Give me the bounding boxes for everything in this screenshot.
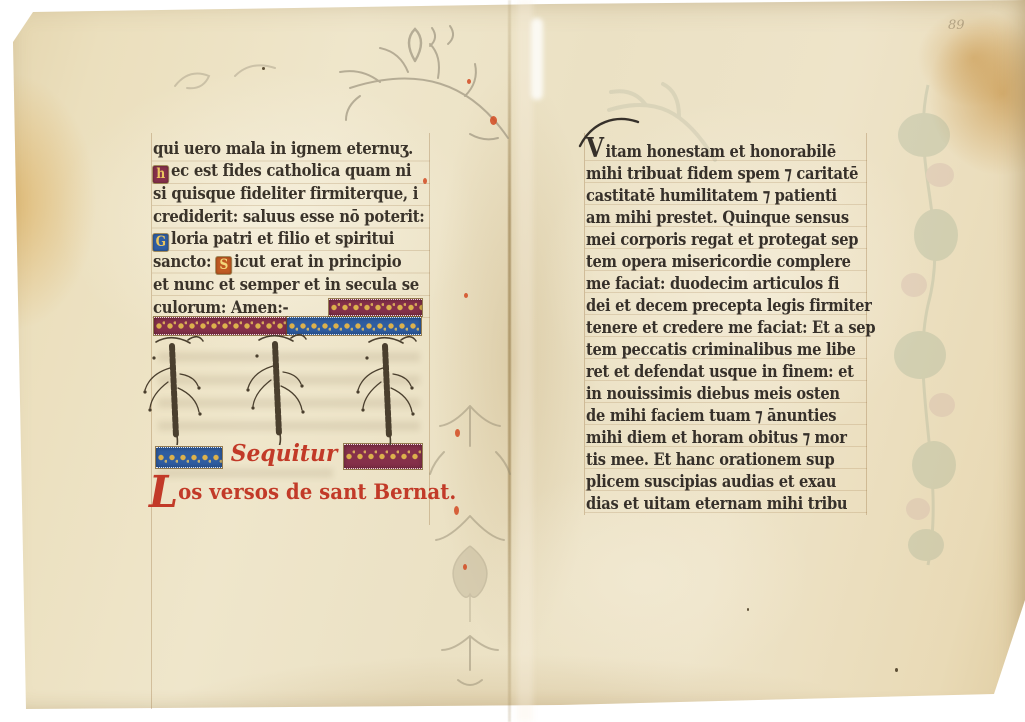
text-line: mei corporis regat et protegat sep: [586, 229, 829, 251]
text-line: tenere et credere me faciat: Et a sep: [586, 317, 829, 339]
right-page-text-block: Vitam honestam et honorabilē mihi tribua…: [586, 138, 868, 515]
text-line: et nunc et semper et in secula se: [153, 274, 401, 296]
illuminated-initial-h: h: [153, 166, 168, 183]
manuscript-photo: qui uero mala in ignem eternuʒ. hec est …: [0, 0, 1025, 722]
ornament-panel-maroon: [344, 444, 422, 469]
rubric-sequitur: Sequitur: [228, 440, 340, 467]
text-line: sancto: Sicut erat in principio: [153, 251, 401, 274]
cadel-penwork-icon: [142, 330, 442, 445]
illuminated-initial-g: G: [153, 234, 168, 251]
penwork-curl-icon: [165, 46, 285, 101]
red-speck: [490, 116, 497, 125]
red-speck: [454, 506, 459, 515]
ink-speck: [262, 67, 265, 70]
ink-speck: [747, 608, 749, 611]
left-page-text-block: qui uero mala in ignem eternuʒ. hec est …: [153, 138, 429, 319]
red-speck: [467, 79, 471, 84]
text-line: mihi diem et horam obitus ⁊ mor: [586, 427, 829, 449]
showthrough-border-icon: [880, 75, 980, 575]
line-filler-bar: [329, 299, 422, 316]
text-line: dias et uitam eternam mihi tribu: [586, 493, 829, 515]
text-line: castitatē humilitatem ⁊ patienti: [586, 185, 829, 207]
red-speck: [423, 178, 427, 184]
red-speck: [455, 429, 460, 437]
text-line: am mihi prestet. Quinque sensus: [586, 207, 829, 229]
text-line: in nouissimis diebus meis osten: [586, 383, 829, 405]
text-line: tem opera misericordie complere: [586, 251, 829, 273]
folio-number: 89: [948, 18, 965, 33]
text-line: tis mee. Et hanc orationem sup: [586, 449, 829, 471]
text-line: de mihi faciem tuam ⁊ ānunties: [586, 405, 829, 427]
text-line: crediderit: saluus esse nō poterit:: [153, 206, 401, 228]
ornament-panel-blue: [156, 447, 222, 468]
red-speck: [464, 293, 468, 298]
text-line: plicem suscipias audias et exau: [586, 471, 829, 493]
penwork-spray-icon: [320, 16, 520, 151]
text-line: ret et defendat usque in finem: et: [586, 361, 829, 383]
rubric-initial-l: L: [149, 467, 178, 518]
illuminated-initial-s: S: [216, 257, 231, 274]
text-line: tem peccatis criminalibus me libe: [586, 339, 829, 361]
text-line: qui uero mala in ignem eternuʒ.: [153, 138, 401, 160]
text-line: me faciat: duodecim articulos fi: [586, 273, 829, 295]
text-line: si quisque fideliter firmiterque, i: [153, 183, 401, 205]
rubric-title: Los versos de sant Bernat.: [149, 479, 456, 504]
text-line: mihi tribuat fidem spem ⁊ caritatē: [586, 163, 829, 185]
initial-swash-icon: [572, 112, 642, 148]
text-line: hec est fides catholica quam ni: [153, 160, 401, 183]
text-line: dei et decem precepta legis firmiter: [586, 295, 829, 317]
red-speck: [463, 564, 467, 570]
ink-speck: [895, 668, 898, 672]
text-line: Gloria patri et filio et spiritui: [153, 228, 401, 251]
gutter-glare: [531, 18, 543, 100]
